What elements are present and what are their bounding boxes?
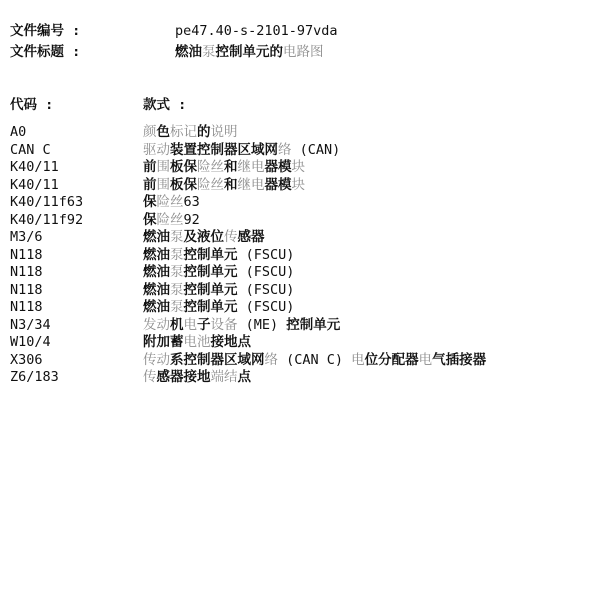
text-segment: 围 bbox=[157, 177, 171, 193]
text-segment: 电池 bbox=[184, 334, 211, 350]
text-segment: 传 bbox=[143, 369, 157, 385]
name-column-header: 款式 : bbox=[143, 96, 186, 114]
row-desc: 传动系控制器区域网络 (CAN C) 电位分配器电气插接器 bbox=[143, 352, 594, 370]
table-row: Z6/183传感器接地端结点 bbox=[10, 369, 594, 387]
text-segment: 控制单元 bbox=[184, 282, 238, 298]
row-code: Z6/183 bbox=[10, 369, 143, 387]
text-segment: 说明 bbox=[211, 124, 238, 140]
row-code: K40/11f92 bbox=[10, 212, 143, 230]
text-segment: 传动 bbox=[143, 352, 170, 368]
text-segment: 器模 bbox=[265, 159, 292, 175]
doc-title-value: 燃油泵控制单元的电路图 bbox=[175, 42, 324, 63]
text-segment: 位分配器 bbox=[365, 352, 419, 368]
text-segment: 63 bbox=[184, 194, 200, 210]
text-segment: 继电 bbox=[238, 177, 265, 193]
row-code: N118 bbox=[10, 264, 143, 282]
text-segment: 端结 bbox=[211, 369, 238, 385]
legend-rows: A0颜色标记的说明CAN C驱动装置控制器区域网络 (CAN)K40/11前围板… bbox=[10, 124, 594, 387]
text-segment: (ME) bbox=[238, 317, 287, 333]
text-segment: 感器 bbox=[238, 229, 265, 245]
table-row: N118燃油泵控制单元 (FSCU) bbox=[10, 282, 594, 300]
text-segment: 块 bbox=[292, 177, 306, 193]
doc-number-row: 文件编号 : pe47.40-s-2101-97vda bbox=[10, 21, 594, 42]
text-segment: 控制单元 bbox=[184, 247, 238, 263]
row-code: W10/4 bbox=[10, 334, 143, 352]
row-desc: 燃油泵及液位传感器 bbox=[143, 229, 594, 247]
text-segment: 附加蓄 bbox=[143, 334, 184, 350]
table-row: K40/11前围板保险丝和继电器模块 bbox=[10, 159, 594, 177]
text-segment: 燃油 bbox=[143, 264, 170, 280]
text-segment: 系控制器区域网 bbox=[170, 352, 265, 368]
text-segment: 电 bbox=[419, 352, 433, 368]
row-desc: 燃油泵控制单元 (FSCU) bbox=[143, 247, 594, 265]
text-segment: 燃油 bbox=[143, 299, 170, 315]
row-desc: 发动机电子设备 (ME) 控制单元 bbox=[143, 317, 594, 335]
text-segment: 和 bbox=[224, 159, 238, 175]
text-segment: 电 bbox=[184, 317, 198, 333]
table-row: M3/6燃油泵及液位传感器 bbox=[10, 229, 594, 247]
row-code: M3/6 bbox=[10, 229, 143, 247]
row-code: N118 bbox=[10, 282, 143, 300]
row-code: K40/11 bbox=[10, 177, 143, 195]
table-row: N118燃油泵控制单元 (FSCU) bbox=[10, 299, 594, 317]
text-segment: 燃油 bbox=[143, 282, 170, 298]
table-row: N3/34发动机电子设备 (ME) 控制单元 bbox=[10, 317, 594, 335]
text-segment: 器模 bbox=[265, 177, 292, 193]
text-segment: 感器接地 bbox=[157, 369, 211, 385]
text-segment: 设备 bbox=[211, 317, 238, 333]
text-segment: 控制单元 bbox=[286, 317, 340, 333]
text-segment: 子 bbox=[197, 317, 211, 333]
text-segment: 及液位 bbox=[184, 229, 225, 245]
text-segment: (CAN) bbox=[292, 142, 341, 158]
document-page: 文件编号 : pe47.40-s-2101-97vda 文件标题 : 燃油泵控制… bbox=[0, 0, 600, 387]
row-desc: 保险丝92 bbox=[143, 212, 594, 230]
text-segment: 络 bbox=[265, 352, 279, 368]
text-segment: 控制单元 bbox=[184, 299, 238, 315]
text-segment: 颜 bbox=[143, 124, 157, 140]
row-desc: 燃油泵控制单元 (FSCU) bbox=[143, 264, 594, 282]
table-row: W10/4附加蓄电池接地点 bbox=[10, 334, 594, 352]
doc-number-label: 文件编号 : bbox=[10, 21, 175, 42]
row-code: N118 bbox=[10, 247, 143, 265]
row-desc: 燃油泵控制单元 (FSCU) bbox=[143, 282, 594, 300]
text-segment: 块 bbox=[292, 159, 306, 175]
text-segment: 泵 bbox=[170, 264, 184, 280]
text-segment: 控制单元 bbox=[184, 264, 238, 280]
doc-title-label: 文件标题 : bbox=[10, 42, 175, 63]
row-desc: 燃油泵控制单元 (FSCU) bbox=[143, 299, 594, 317]
text-segment: 机 bbox=[170, 317, 184, 333]
code-column-header: 代码 : bbox=[10, 96, 143, 114]
row-desc: 保险丝63 bbox=[143, 194, 594, 212]
doc-title-row: 文件标题 : 燃油泵控制单元的电路图 bbox=[10, 42, 594, 63]
doc-number-value: pe47.40-s-2101-97vda bbox=[175, 21, 338, 42]
text-segment: 络 bbox=[278, 142, 292, 158]
text-segment: 燃油 bbox=[143, 229, 170, 245]
row-code: K40/11f63 bbox=[10, 194, 143, 212]
text-segment: 标记 bbox=[170, 124, 197, 140]
table-row: N118燃油泵控制单元 (FSCU) bbox=[10, 264, 594, 282]
row-code: N3/34 bbox=[10, 317, 143, 335]
text-segment: (FSCU) bbox=[238, 282, 295, 298]
text-segment: 气插接器 bbox=[432, 352, 486, 368]
text-segment: 装置控制器区域网 bbox=[170, 142, 278, 158]
text-segment: 色 bbox=[157, 124, 171, 140]
text-segment: 发动 bbox=[143, 317, 170, 333]
text-segment: 前 bbox=[143, 159, 157, 175]
text-segment: 险丝 bbox=[197, 177, 224, 193]
table-row: N118燃油泵控制单元 (FSCU) bbox=[10, 247, 594, 265]
text-segment: (CAN C) bbox=[278, 352, 351, 368]
table-row: K40/11f63保险丝63 bbox=[10, 194, 594, 212]
legend-column-headers: 代码 : 款式 : bbox=[10, 96, 594, 114]
table-row: X306传动系控制器区域网络 (CAN C) 电位分配器电气插接器 bbox=[10, 352, 594, 370]
text-segment: 的 bbox=[197, 124, 211, 140]
text-segment: 前 bbox=[143, 177, 157, 193]
row-code: X306 bbox=[10, 352, 143, 370]
text-segment: (FSCU) bbox=[238, 264, 295, 280]
text-segment: 泵 bbox=[170, 299, 184, 315]
row-desc: 前围板保险丝和继电器模块 bbox=[143, 159, 594, 177]
row-desc: 前围板保险丝和继电器模块 bbox=[143, 177, 594, 195]
row-code: A0 bbox=[10, 124, 143, 142]
text-segment: 传 bbox=[224, 229, 238, 245]
table-row: CAN C驱动装置控制器区域网络 (CAN) bbox=[10, 142, 594, 160]
text-segment: 燃油 bbox=[175, 44, 202, 60]
text-segment: 保 bbox=[143, 194, 157, 210]
text-segment: 险丝 bbox=[157, 212, 184, 228]
text-segment: (FSCU) bbox=[238, 247, 295, 263]
text-segment: 燃油 bbox=[143, 247, 170, 263]
row-desc: 传感器接地端结点 bbox=[143, 369, 594, 387]
text-segment: 泵 bbox=[170, 282, 184, 298]
row-desc: 附加蓄电池接地点 bbox=[143, 334, 594, 352]
text-segment: 险丝 bbox=[157, 194, 184, 210]
text-segment: 泵 bbox=[202, 44, 216, 60]
text-segment: 接地点 bbox=[211, 334, 252, 350]
text-segment: 电路图 bbox=[283, 44, 324, 60]
table-row: A0颜色标记的说明 bbox=[10, 124, 594, 142]
row-desc: 驱动装置控制器区域网络 (CAN) bbox=[143, 142, 594, 160]
text-segment: 泵 bbox=[170, 247, 184, 263]
table-row: K40/11前围板保险丝和继电器模块 bbox=[10, 177, 594, 195]
text-segment: 电 bbox=[351, 352, 365, 368]
row-code: CAN C bbox=[10, 142, 143, 160]
text-segment: 继电 bbox=[238, 159, 265, 175]
text-segment: 保 bbox=[143, 212, 157, 228]
text-segment: 点 bbox=[238, 369, 252, 385]
text-segment: 险丝 bbox=[197, 159, 224, 175]
text-segment: 驱动 bbox=[143, 142, 170, 158]
text-segment: 控制单元的 bbox=[216, 44, 284, 60]
text-segment: 和 bbox=[224, 177, 238, 193]
document-header: 文件编号 : pe47.40-s-2101-97vda 文件标题 : 燃油泵控制… bbox=[10, 21, 594, 63]
text-segment: 围 bbox=[157, 159, 171, 175]
row-desc: 颜色标记的说明 bbox=[143, 124, 594, 142]
text-segment: 泵 bbox=[170, 229, 184, 245]
text-segment: 板保 bbox=[170, 159, 197, 175]
row-code: K40/11 bbox=[10, 159, 143, 177]
text-segment: (FSCU) bbox=[238, 299, 295, 315]
text-segment: 板保 bbox=[170, 177, 197, 193]
text-segment: 92 bbox=[184, 212, 200, 228]
table-row: K40/11f92保险丝92 bbox=[10, 212, 594, 230]
row-code: N118 bbox=[10, 299, 143, 317]
